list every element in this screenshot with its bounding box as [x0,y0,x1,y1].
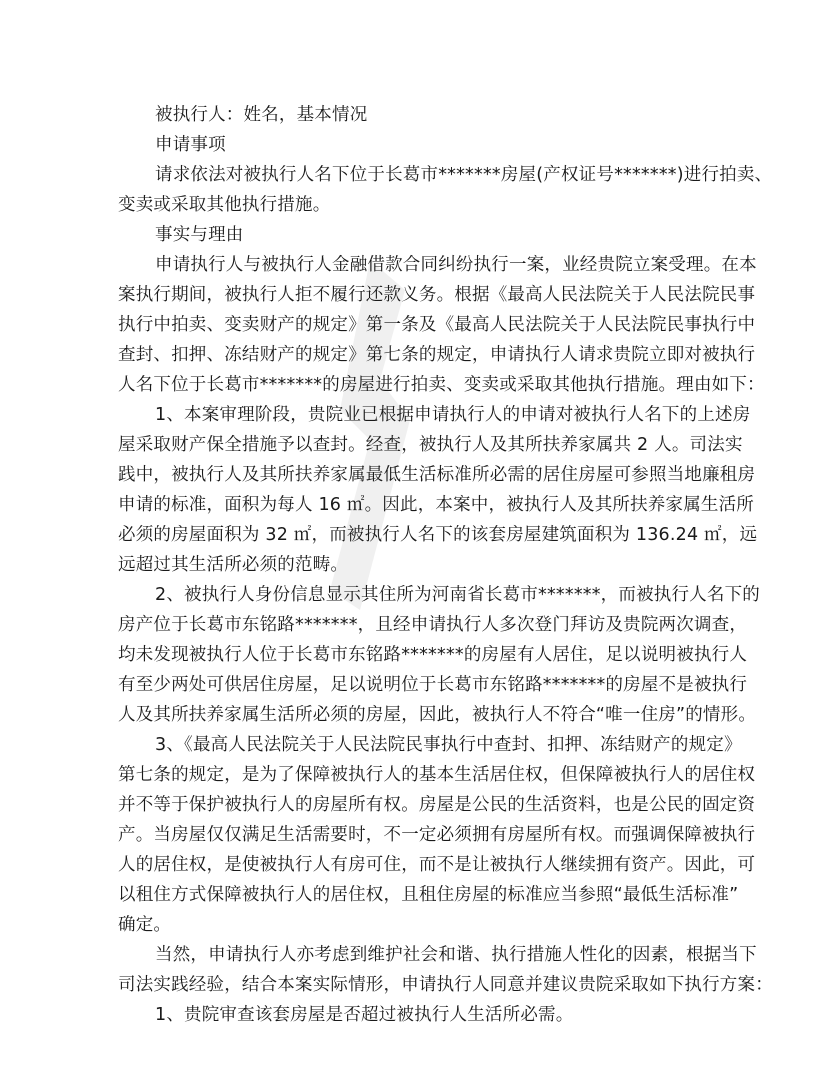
heading-facts-reasons: 事实与理由 [118,220,718,250]
reason-3-line: 并不等于保护被执行人的房屋所有权。房屋是公民的生活资料，也是公民的固定资 [118,790,718,820]
proposal-item-1: 1、贵院审查该套房屋是否超过被执行人生活所必需。 [118,1000,718,1030]
paragraph-line: 执行中拍卖、变卖财产的规定》第一条及《最高人民法院关于人民法院民事执行中 [118,310,718,340]
reason-3-line: 确定。 [118,910,718,940]
reason-2-line: 均未发现被执行人位于长葛市东铭路*******的房屋有人居住，足以说明被执行人 [118,640,718,670]
reason-1-line: 屋采取财产保全措施予以查封。经查，被执行人及其所扶养家属共 2 人。司法实 [118,430,718,460]
reason-3-line: 以租住方式保障被执行人的居住权，且租住房屋的标准应当参照“最低生活标准” [118,880,718,910]
reason-2-line: 房产位于长葛市东铭路*******，且经申请执行人多次登门拜访及贵院两次调查， [118,610,718,640]
proposal-line: 当然，申请执行人亦考虑到维护社会和谐、执行措施人性化的因素，根据当下 [118,940,718,970]
paragraph-line: 申请执行人与被执行人金融借款合同纠纷执行一案，业经贵院立案受理。在本 [118,250,718,280]
reason-1-line: 践中，被执行人及其所扶养家属最低生活标准所必需的居住房屋可参照当地廉租房 [118,460,718,490]
reason-1-line: 必须的房屋面积为 32 ㎡，而被执行人名下的该套房屋建筑面积为 136.24 ㎡… [118,520,718,550]
heading-application-items: 申请事项 [118,130,718,160]
reason-2-line: 人及其所扶养家属生活所必须的房屋，因此，被执行人不符合“唯一住房”的情形。 [118,700,718,730]
reason-3-line: 第七条的规定，是为了保障被执行人的基本生活居住权，但保障被执行人的居住权 [118,760,718,790]
reason-2-line: 有至少两处可供居住房屋，足以说明位于长葛市东铭路*******的房屋不是被执行 [118,670,718,700]
reason-3-line: 3、《最高人民法院关于人民法院民事执行中查封、扣押、冻结财产的规定》 [118,730,718,760]
document-body: 被执行人：姓名，基本情况 申请事项 请求依法对被执行人名下位于长葛市******… [118,100,718,1030]
reason-3-line: 产。当房屋仅仅满足生活需要时，不一定必须拥有房屋所有权。而强调保障被执行 [118,820,718,850]
paragraph-line: 查封、扣押、冻结财产的规定》第七条的规定，申请执行人请求贵院立即对被执行 [118,340,718,370]
reason-2-line: 2、被执行人身份信息显示其住所为河南省长葛市*******，而被执行人名下的 [118,580,718,610]
paragraph-line: 案执行期间，被执行人拒不履行还款义务。根据《最高人民法院关于人民法院民事 [118,280,718,310]
line-respondent: 被执行人：姓名，基本情况 [118,100,718,130]
request-line: 变卖或采取其他执行措施。 [118,190,718,220]
paragraph-line: 人名下位于长葛市*******的房屋进行拍卖、变卖或采取其他执行措施。理由如下： [118,370,718,400]
document-page: 被执行人：姓名，基本情况 申请事项 请求依法对被执行人名下位于长葛市******… [0,0,830,1074]
reason-1-line: 申请的标准，面积为每人 16 ㎡。因此，本案中，被执行人及其所扶养家属生活所 [118,490,718,520]
request-line: 请求依法对被执行人名下位于长葛市*******房屋(产权证号*******)进行… [118,160,718,190]
reason-3-line: 人的居住权，是使被执行人有房可住，而不是让被执行人继续拥有资产。因此，可 [118,850,718,880]
reason-1-line: 1、本案审理阶段，贵院业已根据申请执行人的申请对被执行人名下的上述房 [118,400,718,430]
proposal-line: 司法实践经验，结合本案实际情形，申请执行人同意并建议贵院采取如下执行方案： [118,970,718,1000]
reason-1-line: 远超过其生活所必须的范畴。 [118,550,718,580]
